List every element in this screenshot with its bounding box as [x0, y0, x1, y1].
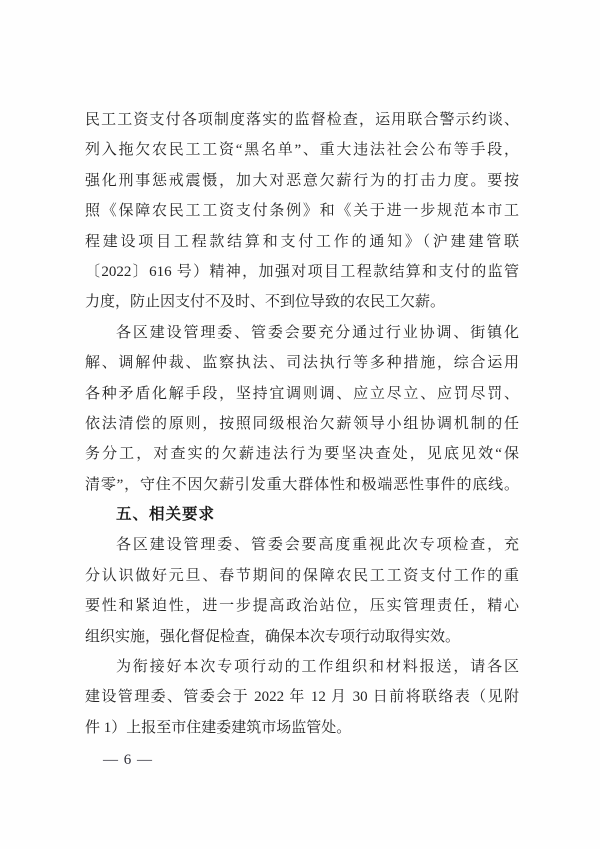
text-line: 各区建设管理委、管委会要充分通过行业协调、街镇化 [85, 318, 519, 348]
text-line: 照《保障农民工工资支付条例》和《关于进一步规范本市工 [85, 196, 519, 226]
text-line: 各种矛盾化解手段，坚持宜调则调、应立尽立、应罚尽罚、 [85, 379, 519, 409]
text-line: 解、调解仲裁、监察执法、司法执行等多种措施，综合运用 [85, 348, 519, 378]
page-number: — 6 — [103, 750, 153, 770]
text-line: 组织实施，强化督促检查，确保本次专项行动取得实效。 [85, 622, 519, 652]
text-line: 务分工，对查实的欠薪违法行为要坚决查处，见底见效“保 [85, 439, 519, 469]
text-line: 程建设项目工程款结算和支付工作的通知》（沪建建管联 [85, 227, 519, 257]
text-line: 清零”，守住不因欠薪引发重大群体性和极端恶性事件的底线。 [85, 470, 519, 500]
section-heading: 五、相关要求 [85, 500, 519, 530]
text-line: 件 1）上报至市住建委建筑市场监管处。 [85, 713, 519, 743]
paragraph: 为衔接好本次专项行动的工作组织和材料报送，请各区建设管理委、管委会于 2022 … [85, 652, 519, 743]
text-line: 各区建设管理委、管委会要高度重视此次专项检查，充 [85, 530, 519, 560]
text-line: 强化刑事惩戒震慑，加大对恶意欠薪行为的打击力度。要按 [85, 166, 519, 196]
document-body: 民工工资支付各项制度落实的监督检查，运用联合警示约谈、列入拖欠农民工工资“黑名单… [85, 105, 519, 743]
text-line: 民工工资支付各项制度落实的监督检查，运用联合警示约谈、 [85, 105, 519, 135]
paragraph: 各区建设管理委、管委会要充分通过行业协调、街镇化解、调解仲裁、监察执法、司法执行… [85, 318, 519, 500]
text-line: 要性和紧迫性，进一步提高政治站位，压实管理责任，精心 [85, 591, 519, 621]
text-line: 分认识做好元旦、春节期间的保障农民工工资支付工作的重 [85, 561, 519, 591]
text-line: 〔2022〕616 号）精神，加强对项目工程款结算和支付的监管 [85, 257, 519, 287]
text-line: 建设管理委、管委会于 2022 年 12 月 30 日前将联络表（见附 [85, 682, 519, 712]
text-line: 依法清偿的原则，按照同级根治欠薪领导小组协调机制的任 [85, 409, 519, 439]
paragraph: 各区建设管理委、管委会要高度重视此次专项检查，充分认识做好元旦、春节期间的保障农… [85, 530, 519, 652]
heading-line: 五、相关要求 [85, 500, 519, 530]
text-line: 力度，防止因支付不及时、不到位导致的农民工欠薪。 [85, 287, 519, 317]
text-line: 为衔接好本次专项行动的工作组织和材料报送，请各区 [85, 652, 519, 682]
text-line: 列入拖欠农民工工资“黑名单”、重大违法社会公布等手段， [85, 135, 519, 165]
document-page: 民工工资支付各项制度落实的监督检查，运用联合警示约谈、列入拖欠农民工工资“黑名单… [0, 0, 600, 849]
paragraph: 民工工资支付各项制度落实的监督检查，运用联合警示约谈、列入拖欠农民工工资“黑名单… [85, 105, 519, 318]
